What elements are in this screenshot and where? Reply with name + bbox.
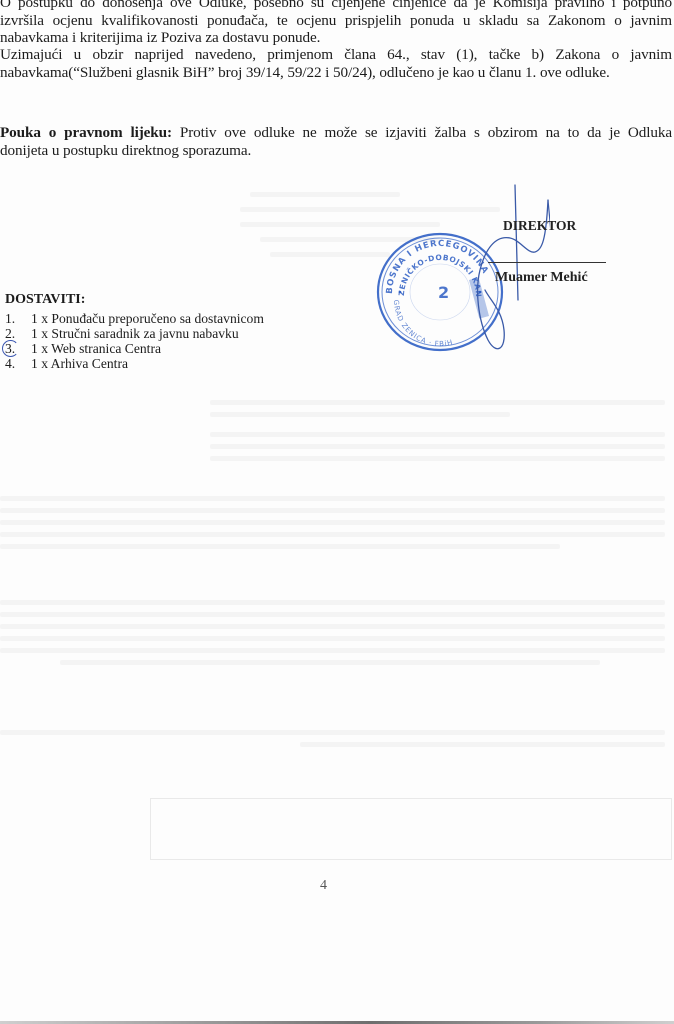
distribution-list: 1. 1 x Ponuđaču preporučeno sa dostavnic… — [5, 311, 264, 371]
text-line: Pouka o pravnom lijeku: Protiv ove odluk… — [0, 124, 672, 142]
item-number-circled: 3. — [5, 341, 31, 356]
item-number: 2. — [5, 326, 31, 341]
item-number: 4. — [5, 356, 31, 371]
text-line: donijeta u postupku direktnog sporazuma. — [0, 142, 672, 160]
page-number: 4 — [320, 878, 327, 894]
signature-line — [488, 262, 606, 263]
text-line: izvršila ocjenu kvalifikovanosti ponuđač… — [0, 12, 672, 30]
distribution-item: 4. 1 x Arhiva Centra — [5, 356, 264, 371]
bleed-through-table — [150, 798, 672, 860]
item-text: 1 x Stručni saradnik za javnu nabavku — [31, 326, 239, 341]
legal-remedy-label: Pouka o pravnom lijeku: — [0, 124, 172, 141]
item-text: 1 x Web stranica Centra — [31, 341, 161, 356]
handwritten-circle-icon — [2, 340, 19, 357]
text-line: nabavkama(“Službeni glasnik BiH” broj 39… — [0, 64, 672, 82]
text-line: O postupku do donošenja ove Odluke, pose… — [0, 0, 672, 12]
text-line: Uzimajući u obzir naprijed navedeno, pri… — [0, 46, 672, 64]
paragraph-decision-reasoning: O postupku do donošenja ove Odluke, pose… — [0, 0, 672, 47]
distribution-item: 2. 1 x Stručni saradnik za javnu nabavku — [5, 326, 264, 341]
paragraph-legal-remedy: Pouka o pravnom lijeku: Protiv ove odluk… — [0, 124, 672, 159]
item-text: 1 x Arhiva Centra — [31, 356, 128, 371]
distribution-item: 1. 1 x Ponuđaču preporučeno sa dostavnic… — [5, 311, 264, 326]
signatory-name: Muamer Mehić — [495, 270, 588, 286]
distribution-title: DOSTAVITI: — [5, 292, 85, 308]
paragraph-legal-basis: Uzimajući u obzir naprijed navedeno, pri… — [0, 46, 672, 81]
legal-remedy-text: Protiv ove odluke ne može se izjaviti ža… — [172, 124, 672, 141]
distribution-item: 3. 1 x Web stranica Centra — [5, 341, 264, 356]
text-line: nabavkama i kriterijima iz Poziva za dos… — [0, 29, 672, 47]
signatory-title: DIREKTOR — [503, 218, 576, 234]
item-number: 1. — [5, 311, 31, 326]
item-text: 1 x Ponuđaču preporučeno sa dostavnicom — [31, 311, 264, 326]
document-page: O postupku do donošenja ove Odluke, pose… — [0, 0, 674, 1024]
